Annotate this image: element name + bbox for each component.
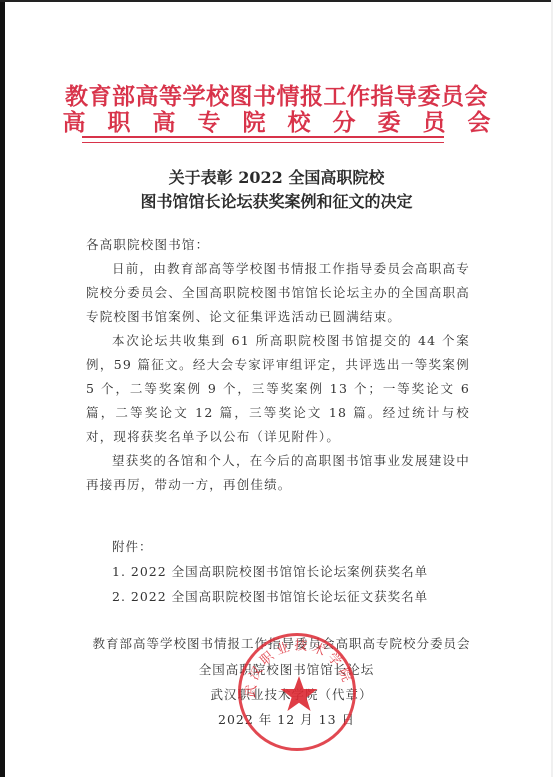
scan-border-top [0, 0, 553, 2]
star-icon [279, 674, 319, 714]
document-title-line2: 图书馆馆长论坛获奖案例和征文的决定 [0, 189, 553, 212]
official-seal-stamp: 武汉职业技术学院 [238, 633, 356, 751]
header-rule-thin [82, 142, 444, 143]
attachment-item-1: 1. 2022 全国高职院校图书馆馆长论坛案例获奖名单 [112, 562, 428, 580]
header-rule-thick [82, 136, 444, 138]
body-paragraph-2: 本次论坛共收集到 61 所高职院校图书馆提交的 44 个案例，59 篇征文。经大… [86, 329, 470, 449]
attachment-item-2: 2. 2022 全国高职院校图书馆馆长论坛征文获奖名单 [112, 587, 428, 605]
body-paragraph-1: 日前，由教育部高等学校图书情报工作指导委员会高职高专院校分委员会、全国高职院校图… [86, 257, 470, 329]
attachments-label: 附件： [112, 537, 153, 555]
salutation: 各高职院校图书馆： [86, 233, 470, 257]
body-paragraph-3: 望获奖的各馆和个人，在今后的高职图书馆事业发展建设中再接再厉，带动一方，再创佳绩… [86, 449, 470, 497]
org-header-line2: 高职高专院校分委员会 [0, 104, 553, 137]
document-title-line1: 关于表彰 2022 全国高职院校 [0, 165, 553, 188]
